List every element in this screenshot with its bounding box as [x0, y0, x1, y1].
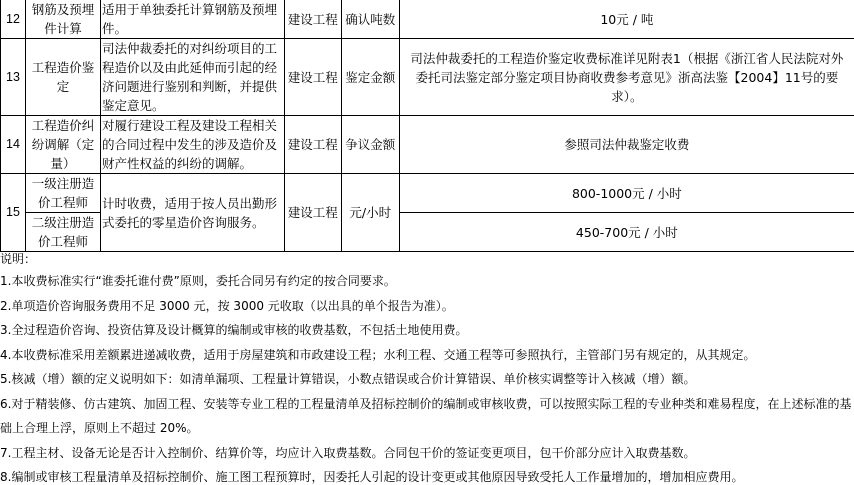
service-name: 钢筋及预埋件计算 — [25, 0, 100, 39]
project-type: 建设工程 — [284, 0, 341, 39]
project-type: 建设工程 — [284, 174, 341, 252]
table-row: 15 一级注册造价工程师 计时收费，适用于按人员出勤形式委托的零星造价咨询服务。… — [1, 174, 854, 213]
service-description: 对履行建设工程及建设工程相关的合同过程中发生的涉及造价及财产性权益的纠纷的调解。 — [100, 116, 284, 174]
fee-table: 12 钢筋及预埋件计算 适用于单独委托计算钢筋及预埋件。 建设工程 确认吨数 1… — [0, 0, 854, 252]
note-item: 8.编制或审核工程量清单及招标控制价、施工图工程预算时，因委托人引起的设计变更或… — [0, 465, 854, 485]
service-description: 计时收费，适用于按人员出勤形式委托的零星造价咨询服务。 — [100, 174, 284, 252]
note-item: 7.工程主材、设备无论是否计入控制价、结算价等，均应计入取费基数。合同包干价的签… — [0, 441, 854, 466]
note-item: 1.本收费标准实行“谁委托谁付费”原则，委托合同另有约定的按合同要求。 — [0, 269, 854, 294]
note-item: 4.本收费标准采用差额累进递减收费，适用于房屋建筑和市政建设工程；水利工程、交通… — [0, 343, 854, 368]
notes-section: 说明： 1.本收费标准实行“谁委托谁付费”原则，委托合同另有约定的按合同要求。 … — [0, 250, 854, 485]
fee-basis: 鉴定金额 — [341, 39, 399, 116]
fee-standard: 司法仲裁委托的工程造价鉴定收费标准详见附表1（根据《浙江省人民法院对外委托司法鉴… — [399, 39, 854, 116]
row-number: 14 — [1, 116, 26, 174]
note-item: 5.核减（增）额的定义说明如下：如清单漏项、工程量计算错误，小数点错误或合价计算… — [0, 367, 854, 392]
project-type: 建设工程 — [284, 116, 341, 174]
notes-title: 说明： — [0, 250, 854, 269]
row-number: 12 — [1, 0, 26, 39]
fee-standard: 800-1000元 / 小时 — [399, 174, 854, 213]
fee-basis: 元/小时 — [341, 174, 399, 252]
service-description: 适用于单独委托计算钢筋及预埋件。 — [100, 0, 284, 39]
fee-standard: 参照司法仲裁鉴定收费 — [399, 116, 854, 174]
service-name: 工程造价纠纷调解（定量） — [25, 116, 100, 174]
row-number: 15 — [1, 174, 26, 252]
table-row: 13 工程造价鉴定 司法仲裁委托的对纠纷项目的工程造价以及由此延伸而引起的经济问… — [1, 39, 854, 116]
note-item: 6.对于精装修、仿古建筑、加固工程、安装等专业工程的工程量清单及招标控制价的编制… — [0, 392, 854, 441]
service-name: 工程造价鉴定 — [25, 39, 100, 116]
fee-standard: 10元 / 吨 — [399, 0, 854, 39]
note-item: 2.单项造价咨询服务费用不足 3000 元，按 3000 元收取（以出具的单个报… — [0, 294, 854, 319]
fee-standard: 450-700元 / 小时 — [399, 213, 854, 252]
fee-basis: 确认吨数 — [341, 0, 399, 39]
service-name: 二级注册造价工程师 — [25, 213, 100, 252]
project-type: 建设工程 — [284, 39, 341, 116]
table-row: 14 工程造价纠纷调解（定量） 对履行建设工程及建设工程相关的合同过程中发生的涉… — [1, 116, 854, 174]
service-description: 司法仲裁委托的对纠纷项目的工程造价以及由此延伸而引起的经济问题进行鉴别和判断，并… — [100, 39, 284, 116]
note-item: 3.全过程造价咨询、投资估算及设计概算的编制或审核的收费基数，不包括土地使用费。 — [0, 318, 854, 343]
service-name: 一级注册造价工程师 — [25, 174, 100, 213]
fee-basis: 争议金额 — [341, 116, 399, 174]
table-row: 12 钢筋及预埋件计算 适用于单独委托计算钢筋及预埋件。 建设工程 确认吨数 1… — [1, 0, 854, 39]
row-number: 13 — [1, 39, 26, 116]
